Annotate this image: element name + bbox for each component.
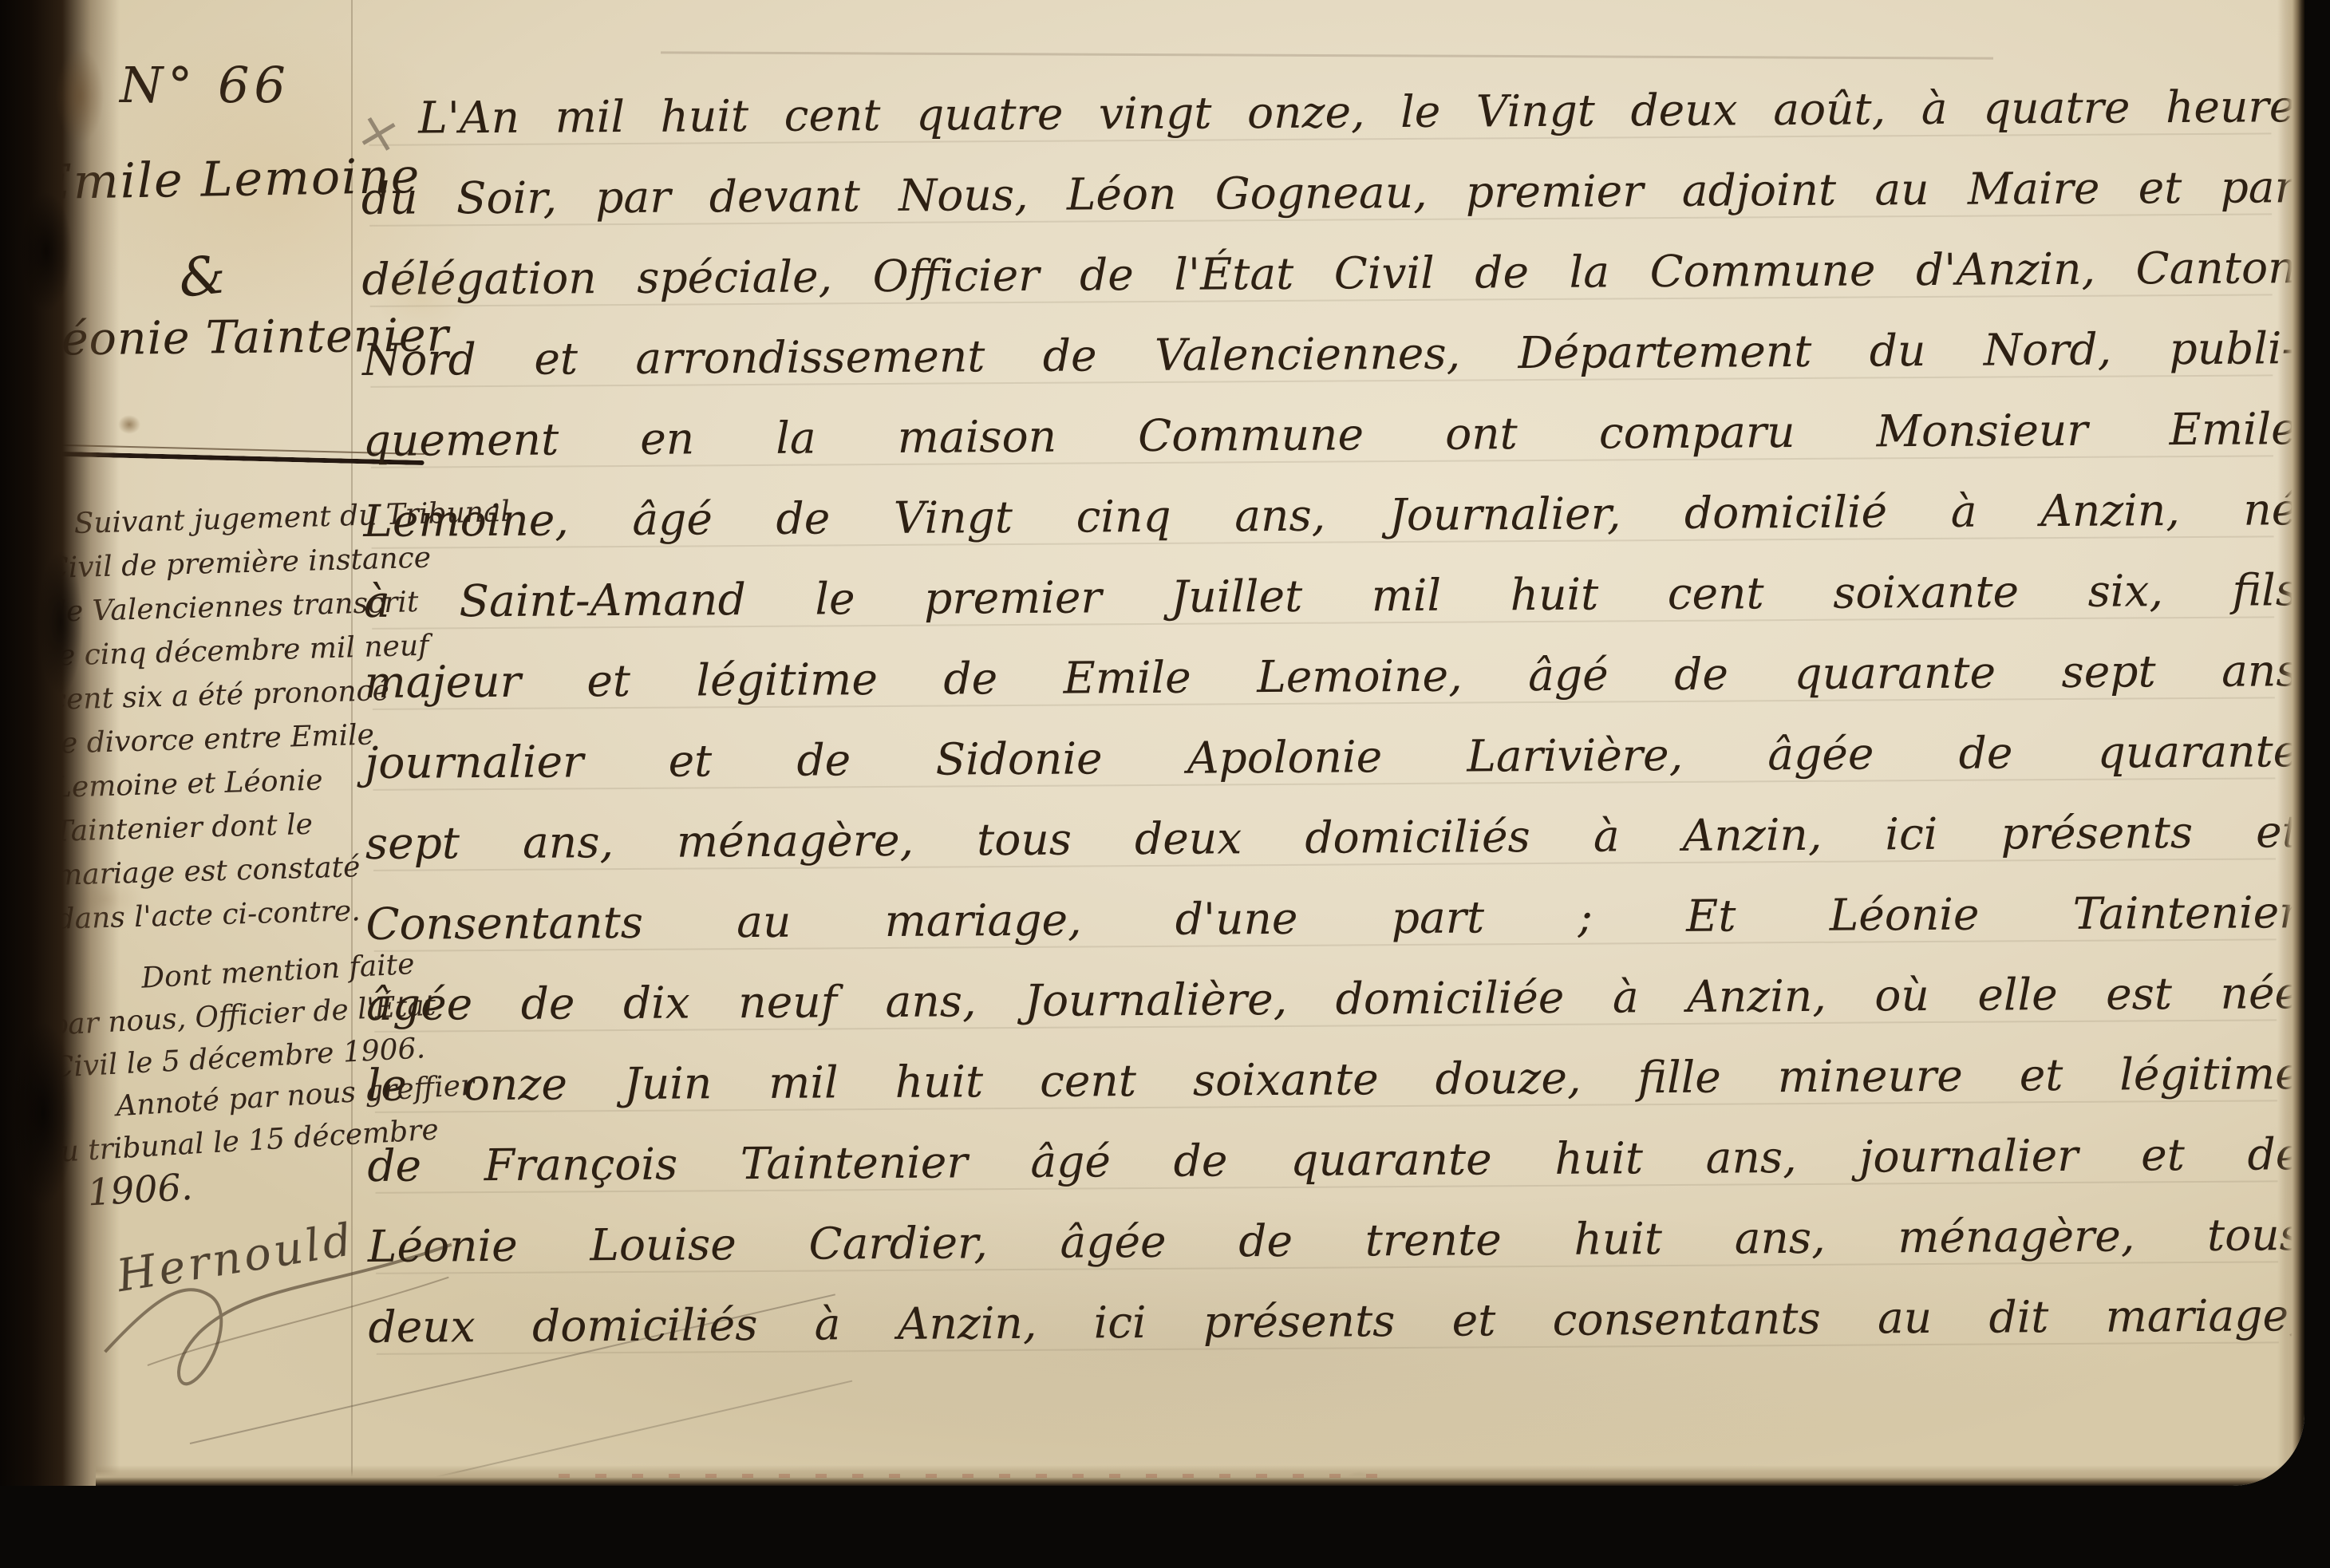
- page-stack-edge-right: [2277, 0, 2304, 1486]
- margin-ampersand: &: [176, 243, 228, 310]
- book-binding-edge: [0, 0, 120, 1486]
- act-text-line: sept ans, ménagère, tous deux domiciliés…: [365, 792, 2300, 884]
- act-text-line: journalier et de Sidonie Apolonie Larivi…: [365, 711, 2300, 804]
- act-text-line: de François Taintenier âgé de quarante h…: [367, 1114, 2302, 1207]
- foxing-spot: [375, 263, 471, 335]
- act-text-line: délégation spéciale, Officier de l'État …: [361, 227, 2296, 320]
- act-text-line: âgée de dix neuf ans, Journalière, domic…: [366, 953, 2301, 1045]
- act-text-line: Nord et arrondissement de Valenciennes, …: [362, 308, 2297, 401]
- act-text-line: L'An mil huit cent quatre vingt onze, le…: [361, 66, 2296, 159]
- page-edge-debris: [559, 1474, 1396, 1478]
- act-text-line: à Saint-Amand le premier Juillet mil hui…: [364, 550, 2299, 642]
- act-text-line: deux domiciliés à Anzin, ici présents et…: [368, 1275, 2303, 1368]
- binding-texture-spot: [11, 1021, 75, 1205]
- register-page-scan: N° 66 Emile Lemoine & Léonie Taintenier …: [0, 0, 2330, 1568]
- act-text: L'An mil huit cent quatre vingt onze, le…: [361, 66, 2303, 1368]
- act-text-line: quement en la maison Commune ont comparu…: [362, 389, 2297, 481]
- act-number: N° 66: [120, 56, 290, 114]
- binding-texture-spot: [56, 48, 104, 144]
- binding-texture-spot: [38, 551, 83, 694]
- act-text-line: Léonie Louise Cardier, âgée de trente hu…: [368, 1195, 2303, 1287]
- pencil-guide-line: [661, 51, 1993, 59]
- foxing-spot: [118, 415, 140, 434]
- binding-texture-spot: [21, 192, 72, 311]
- act-text-line: du Soir, par devant Nous, Léon Gogneau, …: [361, 147, 2296, 239]
- act-text-line: le onze Juin mil huit cent soixante douz…: [366, 1033, 2301, 1126]
- page-paper: N° 66 Emile Lemoine & Léonie Taintenier …: [0, 0, 2304, 1486]
- act-text-line: majeur et légitime de Emile Lemoine, âgé…: [364, 630, 2299, 723]
- act-text-line: Lemoine, âgé de Vingt cinq ans, Journali…: [363, 469, 2298, 562]
- act-text-line: Consentants au mariage, d'une part ; Et …: [365, 872, 2300, 965]
